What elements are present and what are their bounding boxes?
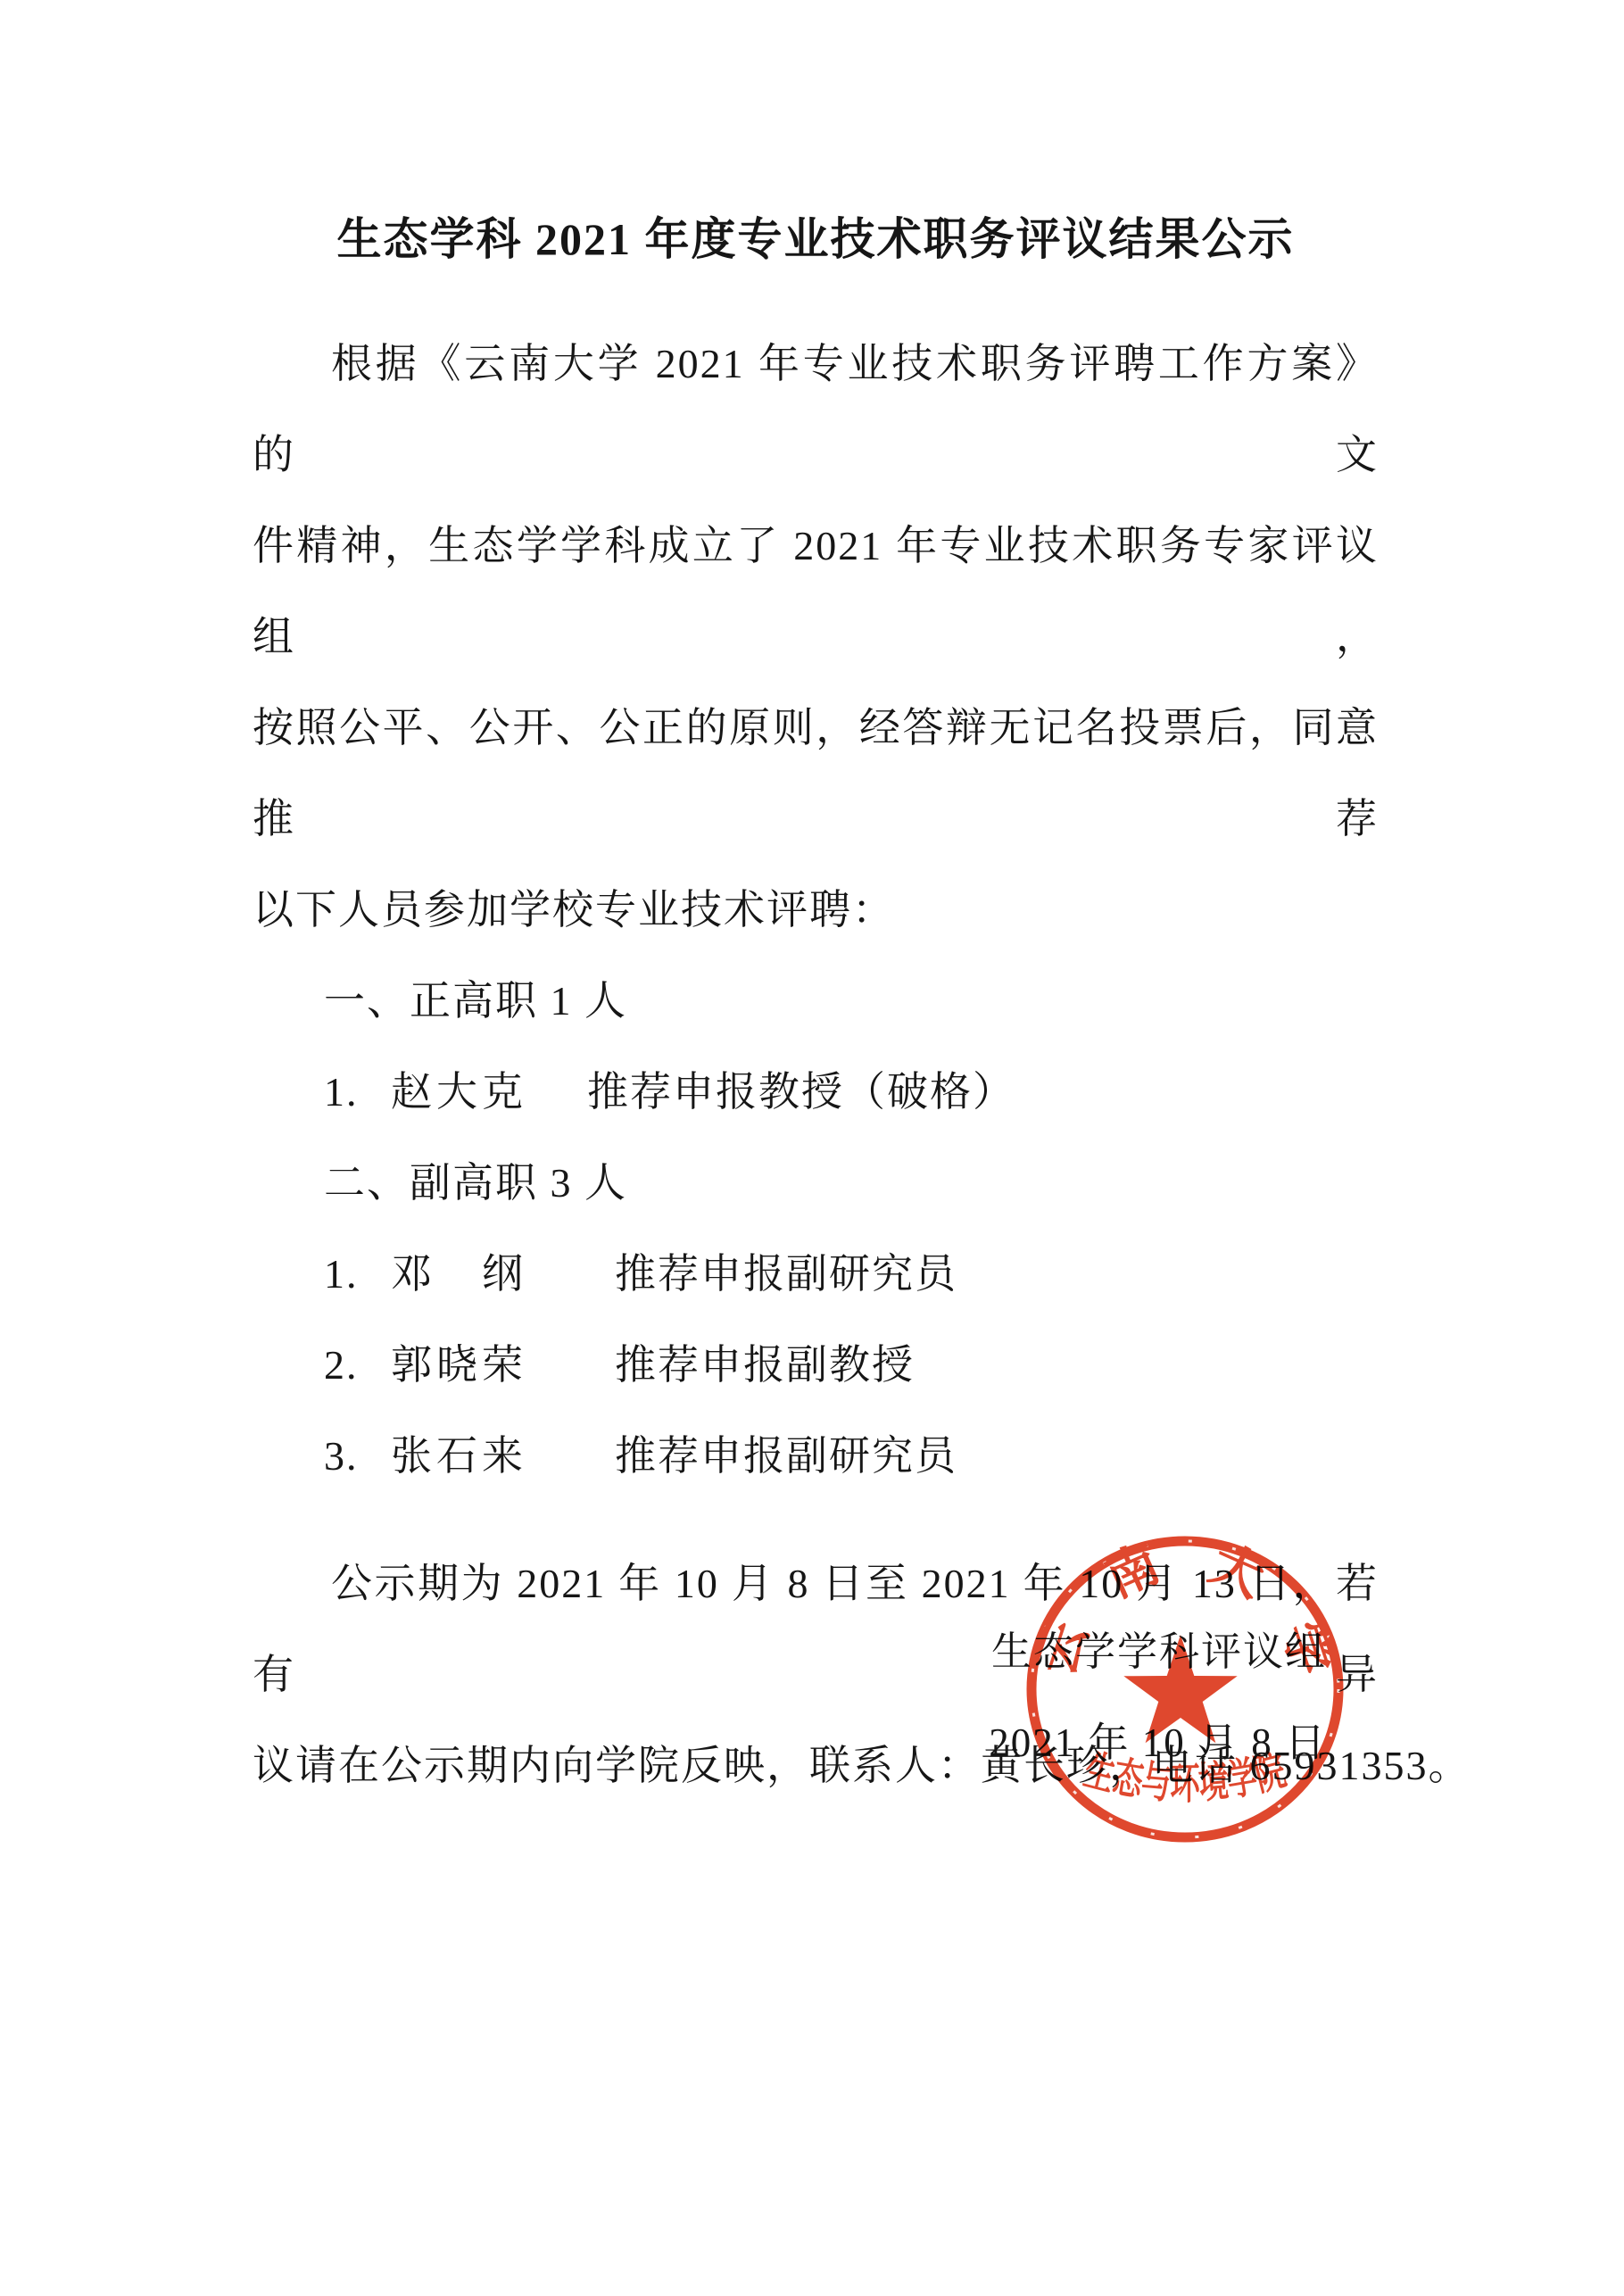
section-2-heading-text: 二、副高职 3 人 <box>324 1138 627 1229</box>
intro-line-4: 以下人员参加学校专业技术评聘： <box>253 865 1379 956</box>
candidate-name: 郭晓荣 <box>391 1320 615 1411</box>
candidate-name: 邓 纲 <box>391 1229 615 1320</box>
section-1-heading: 一、正高职 1 人 <box>253 956 1379 1047</box>
document-page: 生态学科 2021 年度专业技术职务评议结果公示 根据《云南大学 2021 年专… <box>0 0 1624 2296</box>
star-icon <box>1123 1635 1237 1743</box>
recommendation-text: 推荐申报副教授 <box>615 1320 915 1411</box>
item-number: 1. <box>324 1229 391 1320</box>
section-1-heading-text: 一、正高职 1 人 <box>324 956 627 1047</box>
official-seal-stamp: 云南大学 生态与环境学院 <box>1024 1533 1347 1847</box>
list-item: 1. 邓 纲 推荐申报副研究员 <box>253 1229 1379 1320</box>
list-item: 3. 张石来 推荐申报副研究员 <box>253 1411 1379 1502</box>
intro-line-3: 按照公平、公开、公正的原则，经答辩无记名投票后，同意推荐 <box>253 683 1379 865</box>
candidate-name: 张石来 <box>391 1411 615 1502</box>
intro-line-1: 根据《云南大学 2021 年专业技术职务评聘工作方案》的文 <box>253 319 1379 501</box>
list-item: 1. 赵大克 推荐申报教授（破格） <box>253 1047 1379 1138</box>
item-number: 3. <box>324 1411 391 1502</box>
item-number: 1. <box>324 1047 391 1138</box>
recommendation-text: 推荐申报教授（破格） <box>587 1047 1015 1138</box>
section-2-heading: 二、副高职 3 人 <box>253 1138 1379 1229</box>
candidate-name: 赵大克 <box>391 1047 587 1138</box>
recommendation-text: 推荐申报副研究员 <box>615 1411 957 1502</box>
list-item: 2. 郭晓荣 推荐申报副教授 <box>253 1320 1379 1411</box>
intro-line-2: 件精神，生态学学科成立了 2021 年专业技术职务专家评议组， <box>253 501 1379 683</box>
stamp-college-text: 生态与环境学院 <box>1080 1747 1290 1808</box>
item-number: 2. <box>324 1320 391 1411</box>
page-title: 生态学科 2021 年度专业技术职务评议结果公示 <box>253 208 1379 270</box>
recommendation-text: 推荐申报副研究员 <box>615 1229 957 1320</box>
